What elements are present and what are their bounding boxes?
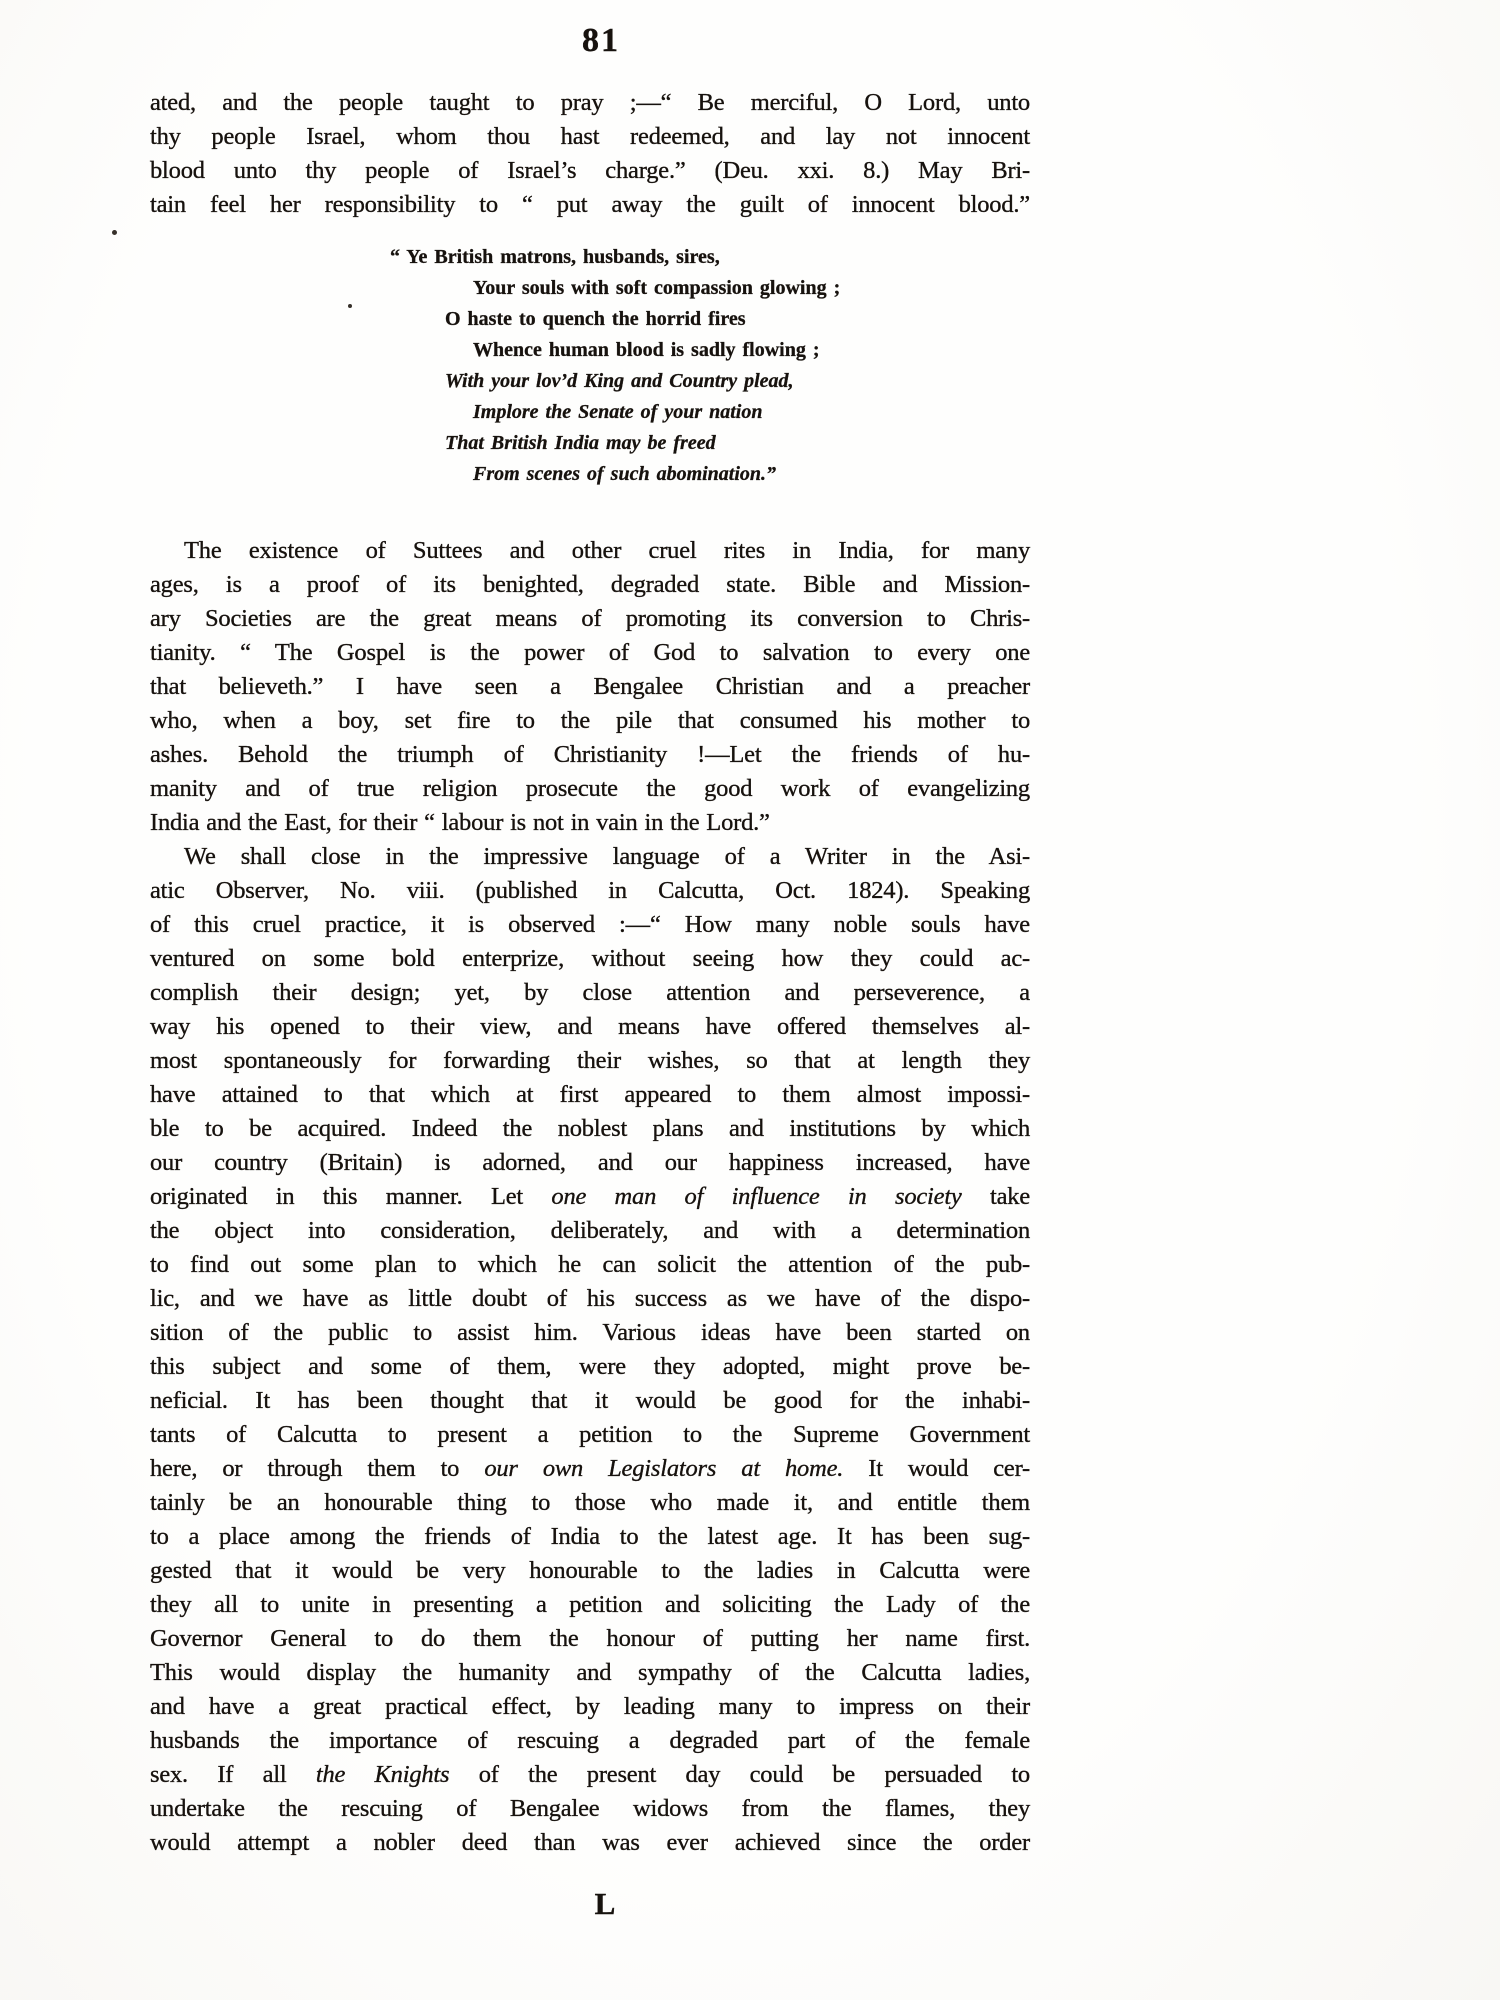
text-line: This would display the humanity and symp… <box>150 1656 1030 1690</box>
paragraph-suttees: The existence of Suttees and other cruel… <box>150 534 1030 840</box>
text-line: husbands the importance of rescuing a de… <box>150 1724 1030 1758</box>
poem-line: O haste to quench the horrid fires <box>445 304 1030 335</box>
italic-text-segment: the Knights <box>316 1761 450 1788</box>
text-segment: undertake the rescuing of Bengalee widow… <box>150 1795 1030 1822</box>
text-segment: sex. If all <box>150 1761 316 1788</box>
signature-mark: L <box>150 1886 1030 1922</box>
page-text-block: ated, and the people taught to pray ;—“ … <box>150 86 1030 1860</box>
text-segment: tianity. “ The Gospel is the power of Go… <box>150 639 1030 666</box>
text-segment: ary Societies are the great means of pro… <box>150 605 1030 632</box>
text-segment: tainly be an honourable thing to those w… <box>150 1489 1030 1516</box>
text-segment: atic Observer, No. viii. (published in C… <box>150 877 1030 904</box>
text-segment: ated, and the people taught to pray ;—“ … <box>150 89 1030 116</box>
text-line: lic, and we have as little doubt of his … <box>150 1282 1030 1316</box>
text-segment: originated in this manner. Let <box>150 1183 551 1210</box>
poem-line: That British India may be freed <box>445 428 1030 459</box>
text-line: ary Societies are the great means of pro… <box>150 602 1030 636</box>
text-segment: tants of Calcutta to present a petition … <box>150 1421 1030 1448</box>
text-segment: to find out some plan to which he can so… <box>150 1251 1030 1278</box>
text-line: originated in this manner. Let one man o… <box>150 1180 1030 1214</box>
text-line: that believeth.” I have seen a Bengalee … <box>150 670 1030 704</box>
text-line: and have a great practical effect, by le… <box>150 1690 1030 1724</box>
text-segment: to a place among the friends of India to… <box>150 1523 1030 1550</box>
scan-speck <box>112 230 117 235</box>
text-segment: neficial. It has been thought that it wo… <box>150 1387 1030 1414</box>
text-line: tain feel her responsibility to “ put aw… <box>150 188 1030 222</box>
text-line: most spontaneously for forwarding their … <box>150 1044 1030 1078</box>
paragraph-prayer: ated, and the people taught to pray ;—“ … <box>150 86 1030 222</box>
text-line: sex. If all the Knights of the present d… <box>150 1758 1030 1792</box>
poem-line: “ Ye British matrons, husbands, sires, <box>390 242 1030 273</box>
text-line: who, when a boy, set fire to the pile th… <box>150 704 1030 738</box>
text-line: here, or through them to our own Legisla… <box>150 1452 1030 1486</box>
text-segment: complish their design; yet, by close att… <box>150 979 1030 1006</box>
text-segment: this subject and some of them, were they… <box>150 1353 1030 1380</box>
text-line: of this cruel practice, it is observed :… <box>150 908 1030 942</box>
text-segment: Governor General to do them the honour o… <box>150 1625 1030 1652</box>
text-line: tants of Calcutta to present a petition … <box>150 1418 1030 1452</box>
text-line: to find out some plan to which he can so… <box>150 1248 1030 1282</box>
text-segment: here, or through them to <box>150 1455 484 1482</box>
text-line: neficial. It has been thought that it wo… <box>150 1384 1030 1418</box>
text-segment: take <box>962 1183 1030 1210</box>
text-segment: of this cruel practice, it is observed :… <box>150 911 1030 938</box>
text-segment: and have a great practical effect, by le… <box>150 1693 1030 1720</box>
text-segment: blood unto thy people of Israel’s charge… <box>150 157 1030 184</box>
text-line: would attempt a nobler deed than was eve… <box>150 1826 1030 1860</box>
poem-ye-british-matrons: “ Ye British matrons, husbands, sires,Yo… <box>390 242 1030 490</box>
text-line: to a place among the friends of India to… <box>150 1520 1030 1554</box>
poem-line: Whence human blood is sadly flowing ; <box>473 335 1030 366</box>
text-segment: they all to unite in presenting a petiti… <box>150 1591 1030 1618</box>
text-segment: ventured on some bold enterprize, withou… <box>150 945 1030 972</box>
poem-line: Your souls with soft compassion glowing … <box>473 273 1030 304</box>
text-segment: gested that it would be very honourable … <box>150 1557 1030 1584</box>
text-line: they all to unite in presenting a petiti… <box>150 1588 1030 1622</box>
text-line: ventured on some bold enterprize, withou… <box>150 942 1030 976</box>
text-segment: husbands the importance of rescuing a de… <box>150 1727 1030 1754</box>
text-segment: would attempt a nobler deed than was eve… <box>150 1829 1030 1856</box>
paragraph-asiatic-observer: We shall close in the impressive languag… <box>150 840 1030 1860</box>
text-segment: tain feel her responsibility to “ put aw… <box>150 191 1030 218</box>
text-line: Governor General to do them the honour o… <box>150 1622 1030 1656</box>
text-line: complish their design; yet, by close att… <box>150 976 1030 1010</box>
book-page: 81 ated, and the people taught to pray ;… <box>0 0 1500 2000</box>
text-line: the object into consideration, deliberat… <box>150 1214 1030 1248</box>
text-line: India and the East, for their “ labour i… <box>150 806 1030 840</box>
text-line: tainly be an honourable thing to those w… <box>150 1486 1030 1520</box>
poem-line: With your lov’d King and Country plead, <box>445 366 1030 397</box>
text-line: thy people Israel, whom thou hast redeem… <box>150 120 1030 154</box>
text-line: ble to be acquired. Indeed the noblest p… <box>150 1112 1030 1146</box>
text-segment: manity and of true religion prosecute th… <box>150 775 1030 802</box>
text-line: gested that it would be very honourable … <box>150 1554 1030 1588</box>
scan-speck <box>348 304 352 308</box>
text-line: atic Observer, No. viii. (published in C… <box>150 874 1030 908</box>
text-segment: This would display the humanity and symp… <box>150 1659 1030 1686</box>
text-segment: lic, and we have as little doubt of his … <box>150 1285 1030 1312</box>
text-line: sition of the public to assist him. Vari… <box>150 1316 1030 1350</box>
text-segment: thy people Israel, whom thou hast redeem… <box>150 123 1030 150</box>
text-segment: ble to be acquired. Indeed the noblest p… <box>150 1115 1030 1142</box>
text-segment: the object into consideration, deliberat… <box>150 1217 1030 1244</box>
italic-text-segment: our own Legislators at home. <box>484 1455 843 1482</box>
poem-line: From scenes of such abomination.” <box>473 459 1030 490</box>
text-line: blood unto thy people of Israel’s charge… <box>150 154 1030 188</box>
text-segment: of the present day could be persuaded to <box>449 1761 1030 1788</box>
text-line: our country (Britain) is adorned, and ou… <box>150 1146 1030 1180</box>
text-segment: that believeth.” I have seen a Bengalee … <box>150 673 1030 700</box>
text-segment: It would cer- <box>843 1455 1030 1482</box>
text-line: way his opened to their view, and means … <box>150 1010 1030 1044</box>
text-line: this subject and some of them, were they… <box>150 1350 1030 1384</box>
text-segment: who, when a boy, set fire to the pile th… <box>150 707 1030 734</box>
text-line: have attained to that which at first app… <box>150 1078 1030 1112</box>
text-segment: way his opened to their view, and means … <box>150 1013 1030 1040</box>
text-segment: most spontaneously for forwarding their … <box>150 1047 1030 1074</box>
text-line: manity and of true religion prosecute th… <box>150 772 1030 806</box>
poem-line: Implore the Senate of your nation <box>473 397 1030 428</box>
text-line: We shall close in the impressive languag… <box>150 840 1030 874</box>
text-segment: sition of the public to assist him. Vari… <box>150 1319 1030 1346</box>
text-segment: ages, is a proof of its benighted, degra… <box>150 571 1030 598</box>
page-number: 81 <box>150 22 1030 60</box>
text-segment: We shall close in the impressive languag… <box>184 843 1030 870</box>
text-line: ages, is a proof of its benighted, degra… <box>150 568 1030 602</box>
text-segment: India and the East, for their “ labour i… <box>150 809 770 836</box>
text-segment: The existence of Suttees and other cruel… <box>184 537 1030 564</box>
text-line: undertake the rescuing of Bengalee widow… <box>150 1792 1030 1826</box>
text-segment: our country (Britain) is adorned, and ou… <box>150 1149 1030 1176</box>
text-segment: ashes. Behold the triumph of Christianit… <box>150 741 1030 768</box>
text-line: tianity. “ The Gospel is the power of Go… <box>150 636 1030 670</box>
text-segment: have attained to that which at first app… <box>150 1081 1030 1108</box>
italic-text-segment: one man of influence in society <box>551 1183 961 1210</box>
text-line: The existence of Suttees and other cruel… <box>150 534 1030 568</box>
text-line: ashes. Behold the triumph of Christianit… <box>150 738 1030 772</box>
text-line: ated, and the people taught to pray ;—“ … <box>150 86 1030 120</box>
